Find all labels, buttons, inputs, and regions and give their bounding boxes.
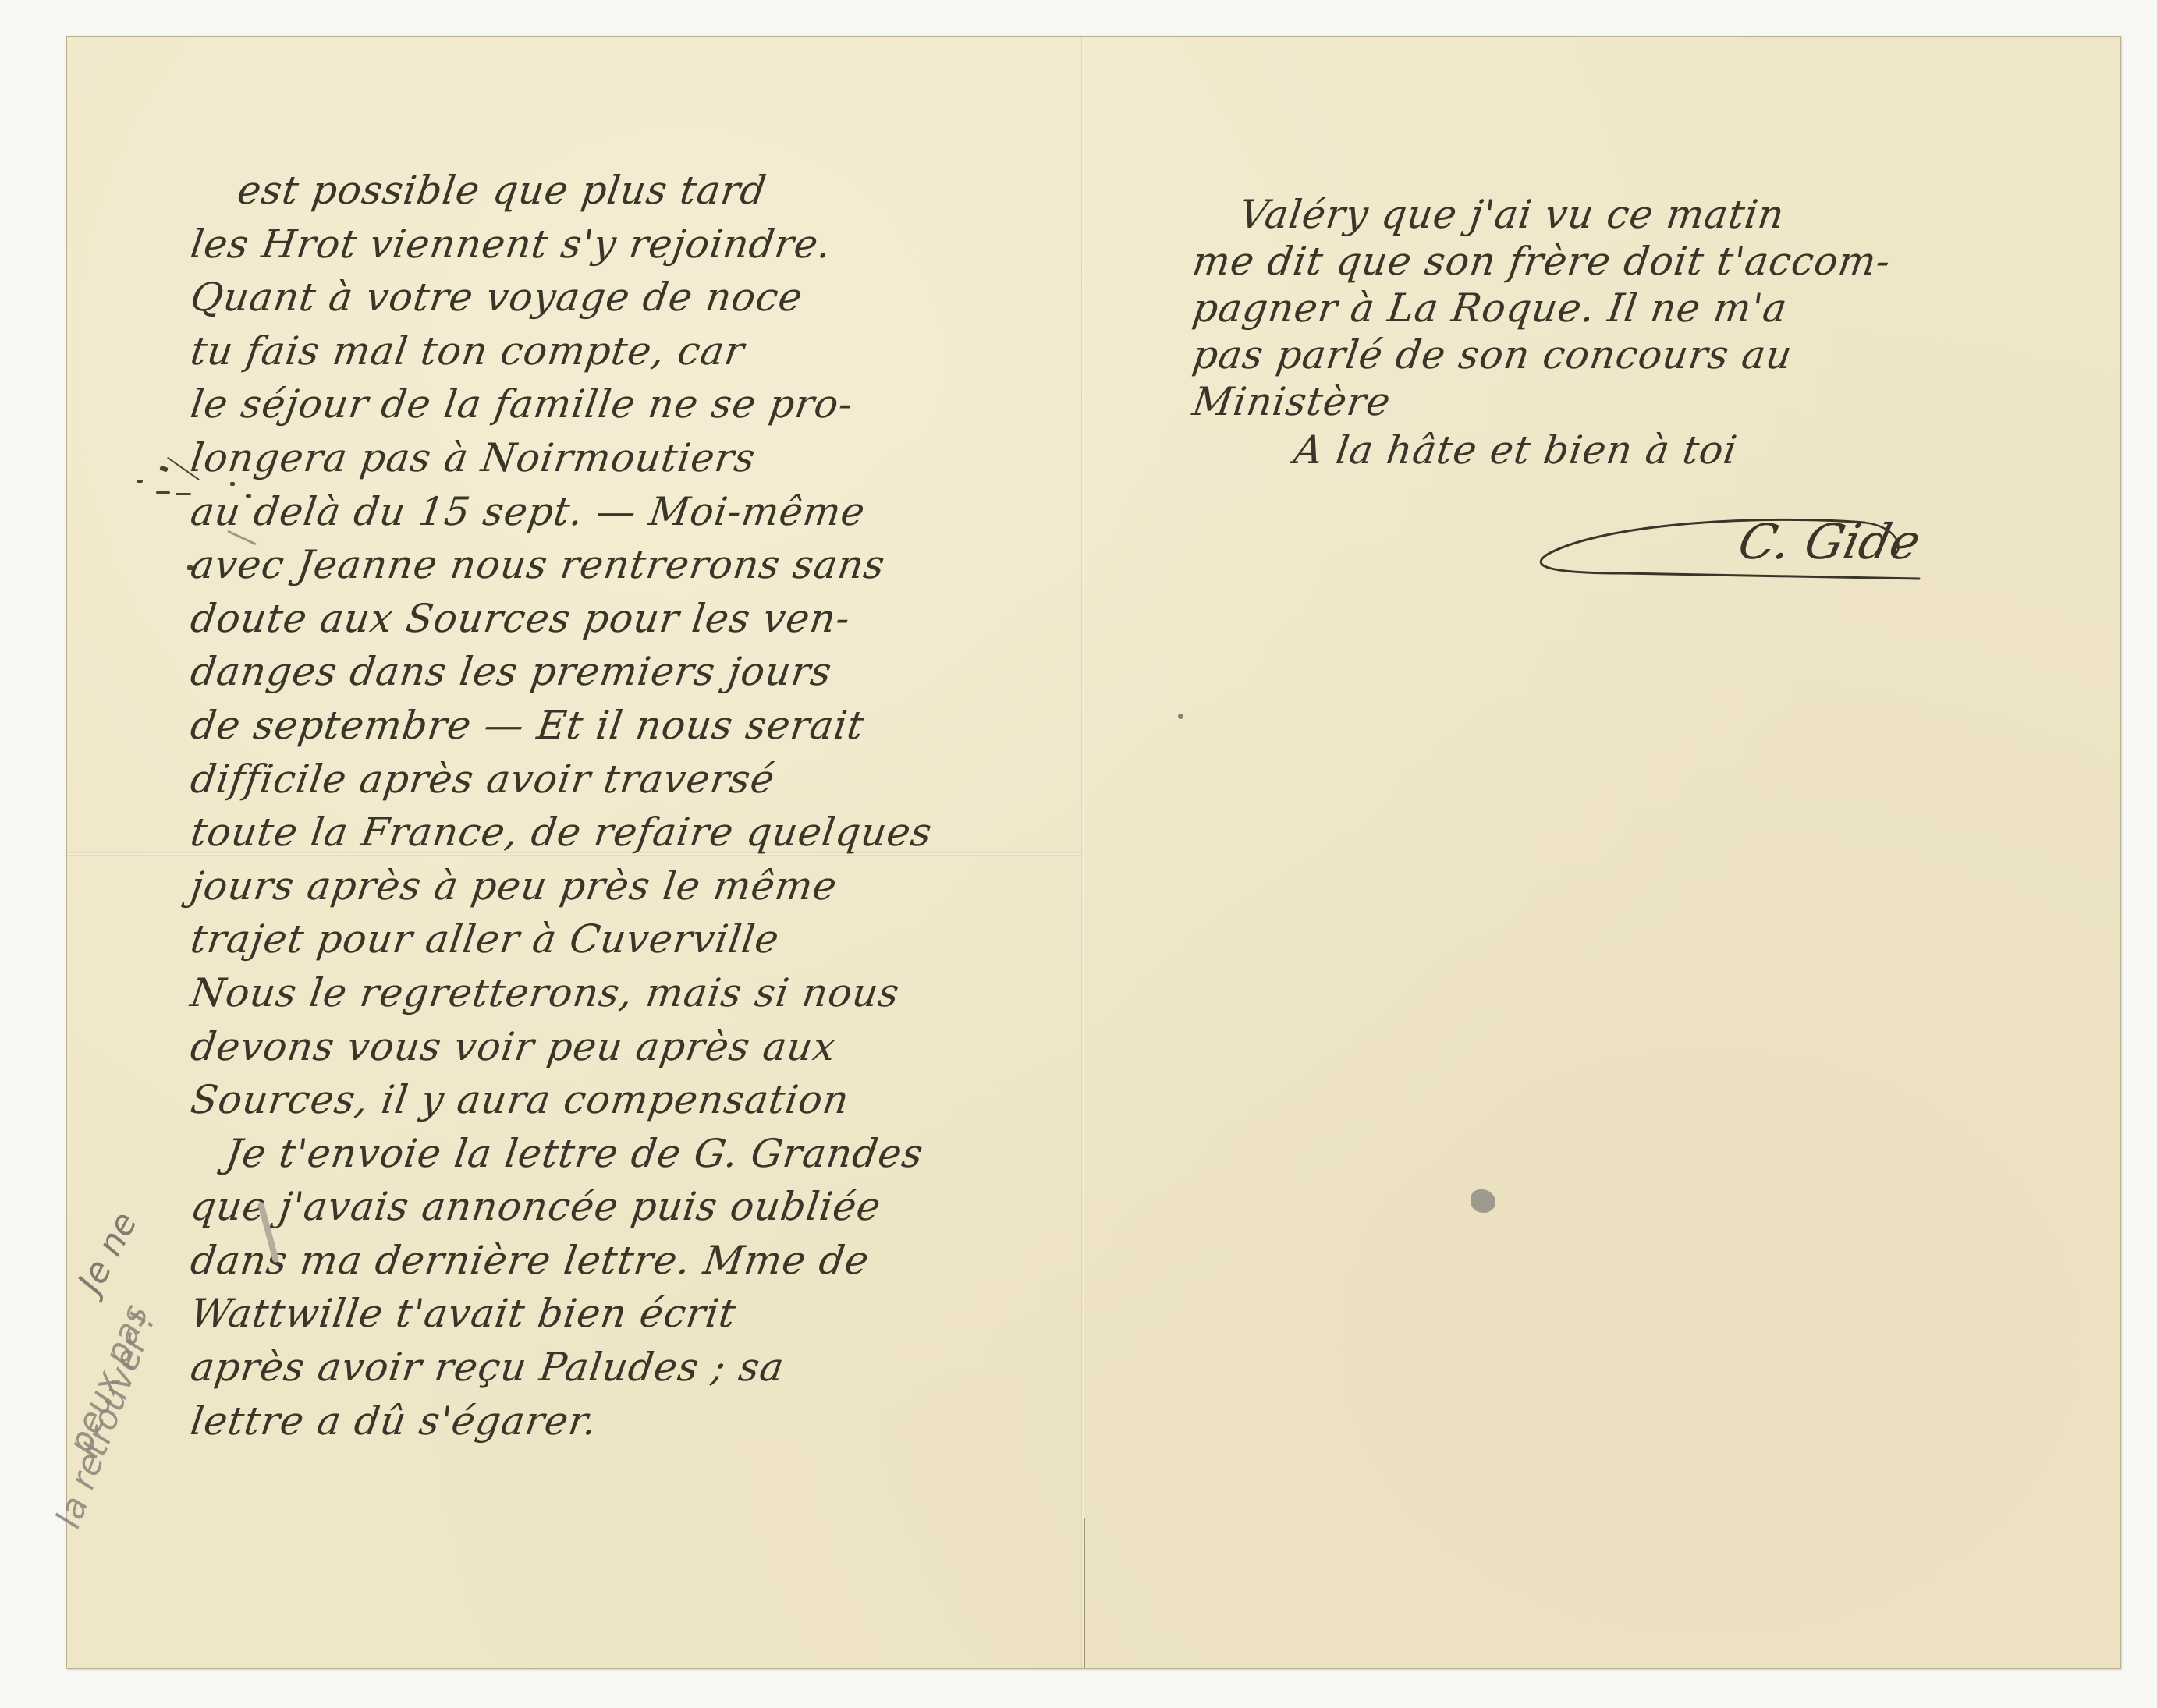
pencil-note-line: Je ne bbox=[70, 1206, 145, 1299]
letter-line: au delà du 15 sept. — Moi-même bbox=[187, 485, 1061, 539]
letter-line: me dit que son frère doit t'accom- bbox=[1190, 238, 2046, 285]
closing-line: A la hâte et bien à toi bbox=[1190, 427, 2046, 473]
letter-line: que j'avais annoncée puis oubliée bbox=[187, 1180, 1061, 1234]
letter-line: Ministère bbox=[1190, 378, 2046, 425]
pencil-smudge bbox=[1471, 1189, 1495, 1213]
letter-line: lettre a dû s'égarer. bbox=[187, 1394, 1061, 1448]
ink-speck bbox=[156, 491, 170, 494]
letter-line: est possible que plus tard bbox=[187, 164, 1061, 218]
letter-line: pas parlé de son concours au bbox=[1190, 331, 2046, 378]
signature-name: C. Gide bbox=[1733, 513, 1925, 570]
letter-line: Valéry que j'ai vu ce matin bbox=[1190, 191, 2046, 238]
letter-line: danges dans les premiers jours bbox=[187, 645, 1061, 699]
letter-line: avec Jeanne nous rentrerons sans bbox=[187, 538, 1061, 592]
right-page: Valéry que j'ai vu ce matin me dit que s… bbox=[1190, 191, 2040, 473]
letter-line: les Hrot viennent s'y rejoindre. bbox=[187, 218, 1061, 271]
letter-line: Je t'envoie la lettre de G. Grandes bbox=[187, 1127, 1061, 1181]
letter-line: jours après à peu près le même bbox=[187, 859, 1061, 913]
letter-line: de septembre — Et il nous serait bbox=[187, 699, 1061, 753]
letter-line: après avoir reçu Paludes ; sa bbox=[187, 1341, 1061, 1394]
left-page: est possible que plus tard les Hrot vien… bbox=[187, 164, 1053, 1448]
letter-line: dans ma dernière lettre. Mme de bbox=[187, 1234, 1061, 1288]
center-tear bbox=[1084, 1518, 1085, 1668]
pencil-margin-note: Je ne peux pas la retrouver ! bbox=[70, 1185, 273, 1513]
letter-line: pagner à La Roque. Il ne m'a bbox=[1190, 285, 2046, 331]
letter-line: tu fais mal ton compte, car bbox=[187, 324, 1061, 378]
letter-line: le séjour de la famille ne se pro- bbox=[187, 377, 1061, 431]
letter-line: longera pas à Noirmoutiers bbox=[187, 431, 1061, 485]
ink-speck bbox=[137, 480, 143, 483]
letter-line: Sources, il y aura compensation bbox=[187, 1073, 1061, 1127]
letter-line: Wattwille t'avait bien écrit bbox=[187, 1287, 1061, 1341]
center-fold bbox=[1081, 37, 1084, 1668]
letter-line: Nous le regretterons, mais si nous bbox=[187, 966, 1061, 1020]
signature: C. Gide bbox=[1529, 499, 1966, 601]
letter-line: difficile après avoir traversé bbox=[187, 753, 1061, 806]
letter-line: doute aux Sources pour les ven- bbox=[187, 592, 1061, 646]
letter-line: Quant à votre voyage de noce bbox=[187, 271, 1061, 324]
letter-line: devons vous voir peu après aux bbox=[187, 1020, 1061, 1074]
letter-line: trajet pour aller à Cuverville bbox=[187, 912, 1061, 966]
letter-line: toute la France, de refaire quelques bbox=[187, 806, 1061, 859]
paper-speck bbox=[1178, 714, 1183, 719]
